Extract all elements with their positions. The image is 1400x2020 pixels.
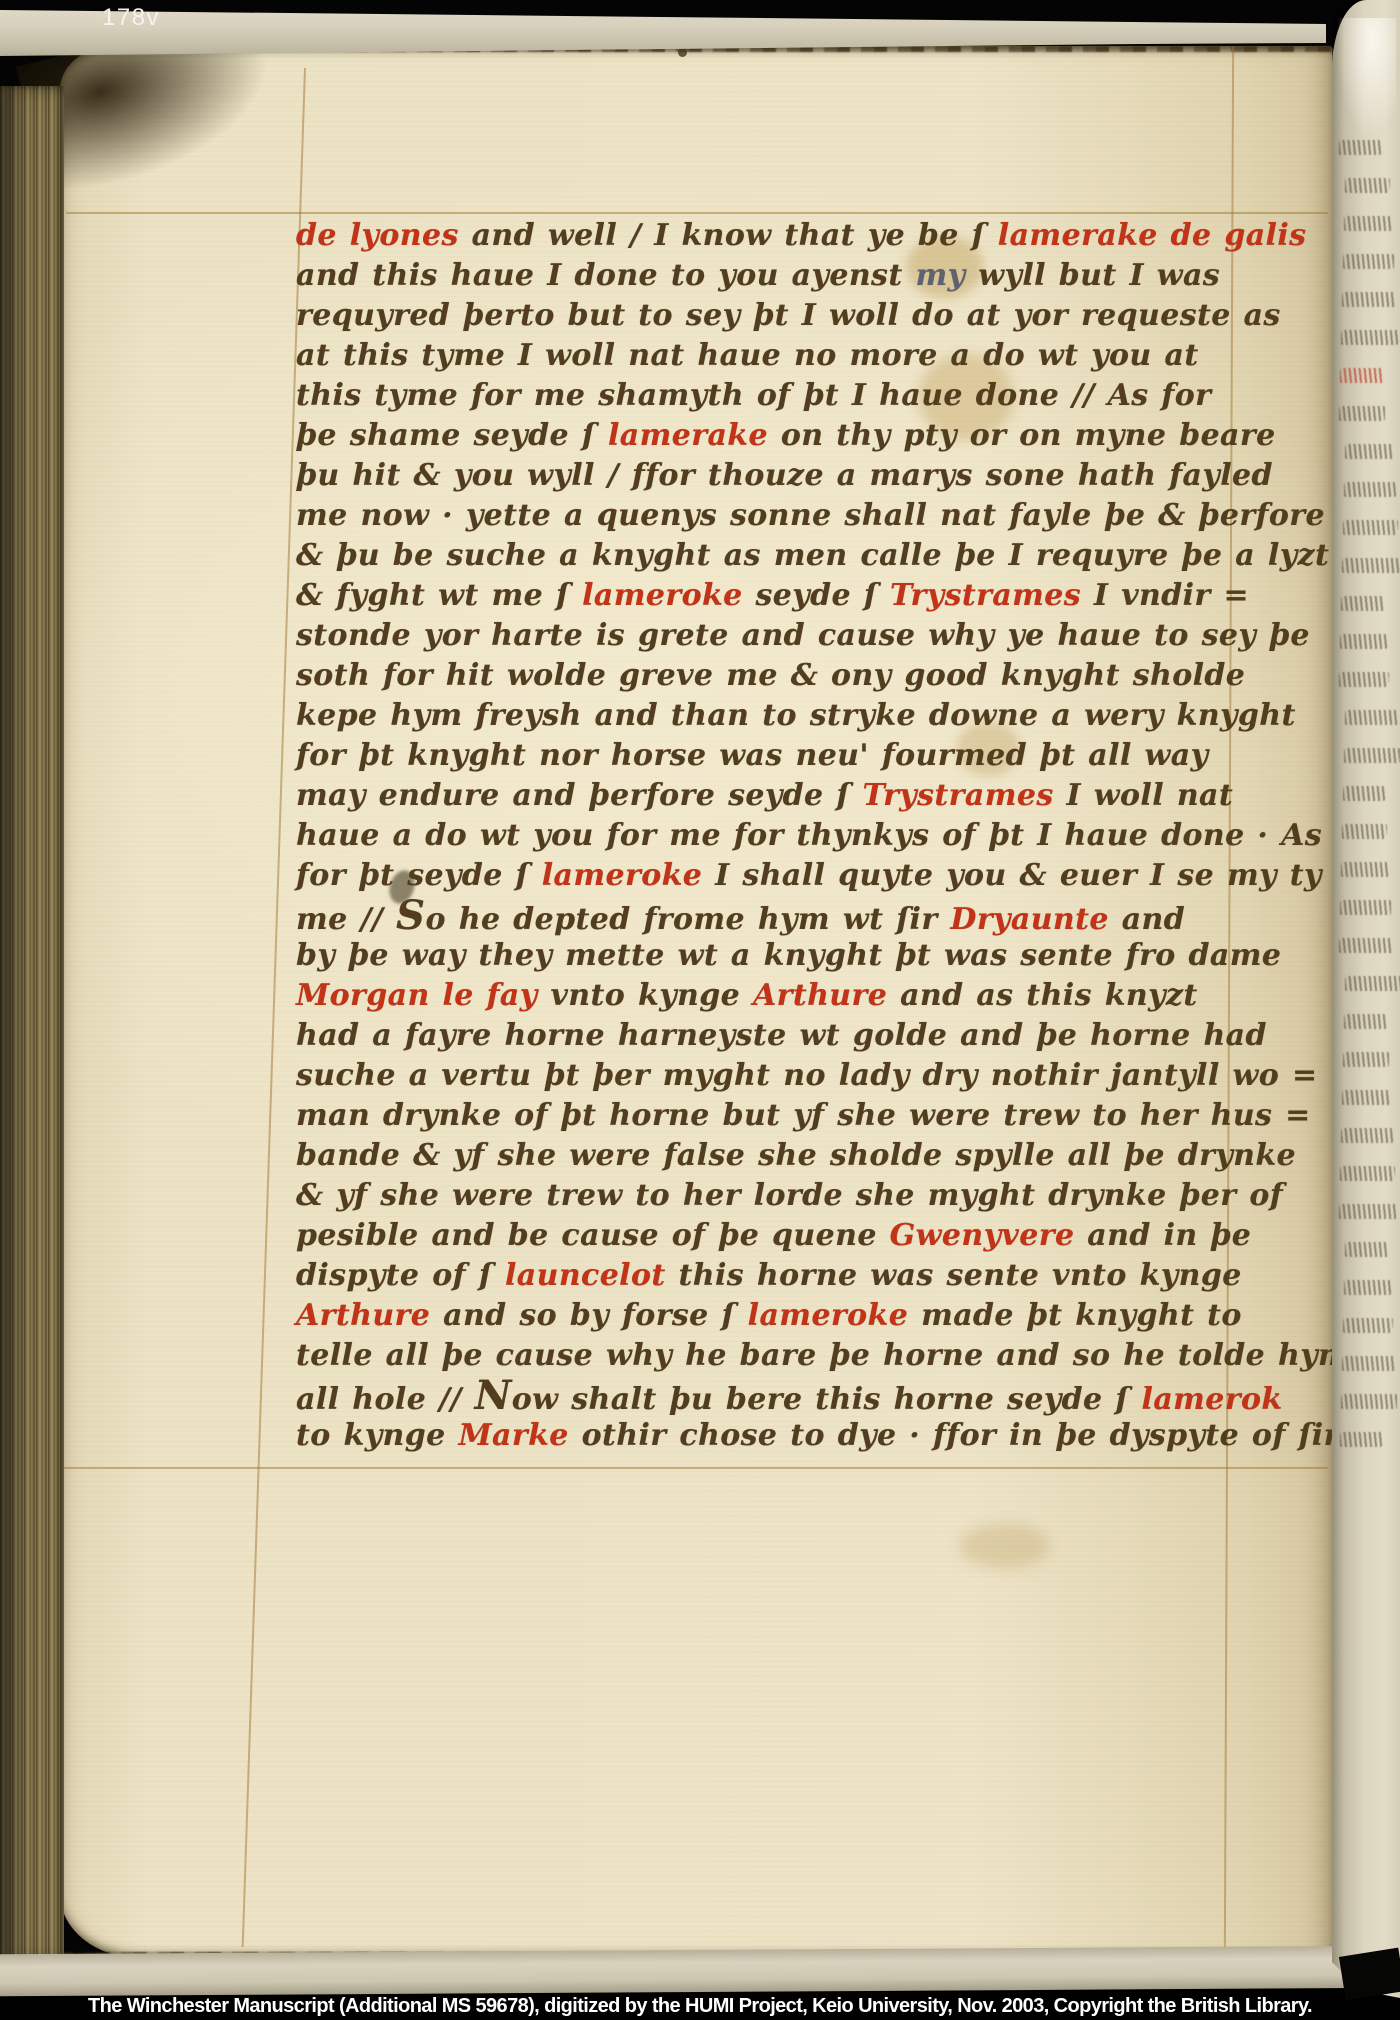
rubric-text: Marke [458,1418,581,1453]
ink-text: at this tyme I woll nat haue no more a d… [296,338,1199,373]
ink-text: ow shalt þu bere this horne seyde ſ [512,1382,1142,1417]
ink-text: haue a do wt you for me for thynkys of þ… [296,818,1322,853]
ink-text: stonde yor harte is grete and cause why … [296,618,1310,653]
ink-text: this tyme for me shamyth of þt I haue do… [296,378,1211,413]
ink-text: for þt knyght nor horse was neu' fourmed… [296,738,1208,773]
manuscript-line: for þt knyght nor horse was neu' fourmed… [296,736,1322,776]
corner-shadow-notch [1339,1948,1400,2001]
rubric-text: lamerok [1142,1382,1283,1417]
rubric-text: lameroke [748,1298,921,1333]
manuscript-line: Arthure and so by forse ſ lameroke made … [296,1296,1322,1336]
pseudo-script-line [1341,1394,1397,1409]
ink-text: vnto kynge [550,978,753,1013]
pseudo-script-line [1343,520,1398,535]
ink-text: wyll but I was [965,258,1220,293]
pseudo-script-line [1344,216,1392,231]
ink-text: and [1122,902,1185,937]
manuscript-line: soth for hit wolde greve me & ony good k… [296,656,1322,696]
manuscript-line: Morgan le fay vnto kynge Arthure and as … [296,976,1322,1016]
rubric-text: Morgan le fay [296,978,550,1013]
manuscript-line: de lyones and well / I know that ye be ſ… [296,216,1322,256]
folio-label: 178v [102,4,160,32]
pseudo-script-line [1341,862,1389,877]
ink-text: & fyght wt me ſ [296,578,582,613]
rubric-text: Gwenyvere [890,1218,1088,1253]
manuscript-page: de lyones and well / I know that ye be ſ… [60,46,1334,1958]
manuscript-line: & þu be suche a knyght as men calle þe I… [296,536,1322,576]
ink-text: bande & yf she were false she sholde spy… [296,1138,1296,1173]
pseudo-script-line [1345,976,1400,991]
pseudo-script-line [1343,254,1394,269]
manuscript-line: this tyme for me shamyth of þt I haue do… [296,376,1322,416]
pseudo-script-line [1344,482,1396,497]
pseudo-script-line [1345,1242,1389,1257]
stain [960,1524,1050,1568]
ink-text: on thy pty or on myne beare [781,418,1276,453]
manuscript-line: þu hit & you wyll / ffor thouze a marys … [296,456,1322,496]
manuscript-line: stonde yor harte is grete and cause why … [296,616,1322,656]
rubric-text: de lyones [296,218,472,253]
cover-edge-bottom [0,1946,1400,1997]
manuscript-line: requyred þerto but to sey þt I woll do a… [296,296,1322,336]
ink-text: I vndir = [1094,578,1249,613]
rubric-text: Trystrames [863,778,1067,813]
manuscript-line: at this tyme I woll nat haue no more a d… [296,336,1322,376]
pseudo-script-line [1342,1356,1395,1371]
pseudo-script-line [1341,330,1398,345]
ink-text: my [915,258,965,293]
manuscript-viewer-screenshot: de lyones and well / I know that ye be ſ… [0,0,1400,2020]
manuscript-line: pesible and be cause of þe quene Gwenyve… [296,1216,1322,1256]
ink-text: by þe way they mette wt a knyght þt was … [296,938,1281,973]
ink-text: I woll nat [1066,778,1233,813]
pseudo-script-line [1339,938,1393,953]
ruling-line-top [66,212,1328,214]
pseudo-script-line [1340,900,1391,915]
book-leaf-edges [0,86,64,1962]
manuscript-line: me now · yette a quenys sonne shall nat … [296,496,1322,536]
ink-text: soth for hit wolde greve me & ony good k… [296,658,1245,693]
pseudo-script-line [1339,672,1389,687]
ink-text: othir chose to dye · ffor in þe dyspyte … [582,1418,1340,1453]
rubric-text: lamerake [608,418,781,453]
pseudo-script-line [1342,292,1396,307]
manuscript-line: bande & yf she were false she sholde spy… [296,1136,1322,1176]
ink-text: me now · yette a quenys sonne shall nat … [296,498,1325,533]
rubric-text: Dryaunte [950,902,1121,937]
pseudo-script-line [1342,558,1400,573]
ink-text: for þt seyde ſ [296,858,542,893]
ink-text: o he depted frome hym wt ſir [425,902,950,937]
pseudo-script-line [1343,1052,1389,1067]
pseudo-script-line [1344,748,1400,763]
rubric-text: Trystrames [890,578,1094,613]
pseudo-script-line [1340,1432,1382,1447]
manuscript-line: all hole // Now shalt þu bere this horne… [296,1376,1322,1416]
adjacent-page-edge [1332,0,1400,1998]
ink-text: and in þe [1087,1218,1251,1253]
rubric-text: Arthure [296,1298,443,1333]
ink-text: S [396,892,425,939]
ink-text: to kynge [296,1418,458,1453]
manuscript-line: me // So he depted frome hym wt ſir Drya… [296,896,1322,936]
ink-text: man drynke of þt horne but yf she were t… [296,1098,1311,1133]
manuscript-line: þe shame seyde ſ lamerake on thy pty or … [296,416,1322,456]
rubric-text: lameroke [582,578,755,613]
pseudo-script-line [1339,406,1385,421]
pseudo-script-line [1345,444,1394,459]
stain [678,48,687,57]
manuscript-line: man drynke of þt horne but yf she were t… [296,1096,1322,1136]
ink-text: requyred þerto but to sey þt I woll do a… [296,298,1281,333]
caption-text: The Winchester Manuscript (Additional MS… [0,1995,1400,2018]
ink-text: and this haue I done to you ayenst [296,258,915,293]
manuscript-line: dispyte of ſ launcelot this horne was se… [296,1256,1322,1296]
pseudo-script-line [1341,596,1385,611]
pseudo-script-line [1340,368,1383,383]
manuscript-line: kepe hym freysh and than to stryke downe… [296,696,1322,736]
ink-text: and so by forse ſ [443,1298,748,1333]
manuscript-line: for þt seyde ſ lameroke I shall quyte yo… [296,856,1322,896]
rubric-text: lamerake de galis [998,218,1307,253]
pseudo-script-line [1340,634,1387,649]
page-curl-highlight [1336,18,1396,138]
ink-text: and as this knyzt [900,978,1198,1013]
ink-text: may endure and þerfore seyde ſ [296,778,863,813]
pseudo-script-line [1344,1014,1387,1029]
ink-text: and well / I know that ye be ſ [472,218,998,253]
pseudo-script-line [1339,140,1381,155]
rubric-text: Arthure [753,978,900,1013]
pseudo-script-line [1344,1280,1391,1295]
rubric-text: launcelot [505,1258,679,1293]
ink-text: pesible and be cause of þe quene [296,1218,890,1253]
manuscript-line: haue a do wt you for me for thynkys of þ… [296,816,1322,856]
text-block: de lyones and well / I know that ye be ſ… [296,216,1322,1456]
pseudo-script-line [1341,1128,1393,1143]
ink-text: this horne was sente vnto kynge [679,1258,1242,1293]
ink-text: me // [296,902,396,937]
pseudo-script-line [1340,1166,1395,1181]
manuscript-line: & yf she were trew to her lorde she mygh… [296,1176,1322,1216]
ink-text: & yf she were trew to her lorde she mygh… [296,1178,1283,1213]
ink-text: þu hit & you wyll / ffor thouze a marys … [296,458,1273,493]
pseudo-script-line [1342,1090,1391,1105]
ink-text: telle all þe cause why he bare þe horne … [296,1338,1350,1373]
manuscript-line: suche a vertu þt þer myght no lady dry n… [296,1056,1322,1096]
manuscript-line: to kynge Marke othir chose to dye · ffor… [296,1416,1322,1456]
ink-text: seyde ſ [756,578,890,613]
adjacent-page-text [1339,140,1397,1470]
ink-text: & þu be suche a knyght as men calle þe I… [296,538,1368,573]
ink-text: suche a vertu þt þer myght no lady dry n… [296,1058,1317,1093]
manuscript-line: by þe way they mette wt a knyght þt was … [296,936,1322,976]
ink-text: all hole // [296,1382,475,1417]
pseudo-script-line [1345,178,1390,193]
manuscript-line: had a fayre horne harneyste wt golde and… [296,1016,1322,1056]
manuscript-line: telle all þe cause why he bare þe horne … [296,1336,1322,1376]
ink-text: þe shame seyde ſ [296,418,608,453]
rubric-text: lameroke [542,858,715,893]
ink-text: made þt knyght to [921,1298,1242,1333]
pseudo-script-line [1345,710,1398,725]
ruling-line-bottom [60,1467,1328,1469]
manuscript-line: and this haue I done to you ayenst my wy… [296,256,1322,296]
ink-text: N [475,1372,512,1419]
pseudo-script-line [1343,1318,1393,1333]
ink-text: kepe hym freysh and than to stryke downe… [296,698,1296,733]
pseudo-script-line [1343,786,1385,801]
pseudo-script-line [1342,824,1387,839]
ink-text: dispyte of ſ [296,1258,505,1293]
ink-text: had a fayre horne harneyste wt golde and… [296,1018,1267,1053]
ink-text: I shall quyte you & euer I se my ty = [715,858,1360,893]
manuscript-line: may endure and þerfore seyde ſ Trystrame… [296,776,1322,816]
manuscript-line: & fyght wt me ſ lameroke seyde ſ Trystra… [296,576,1322,616]
pseudo-script-line [1339,1204,1397,1219]
